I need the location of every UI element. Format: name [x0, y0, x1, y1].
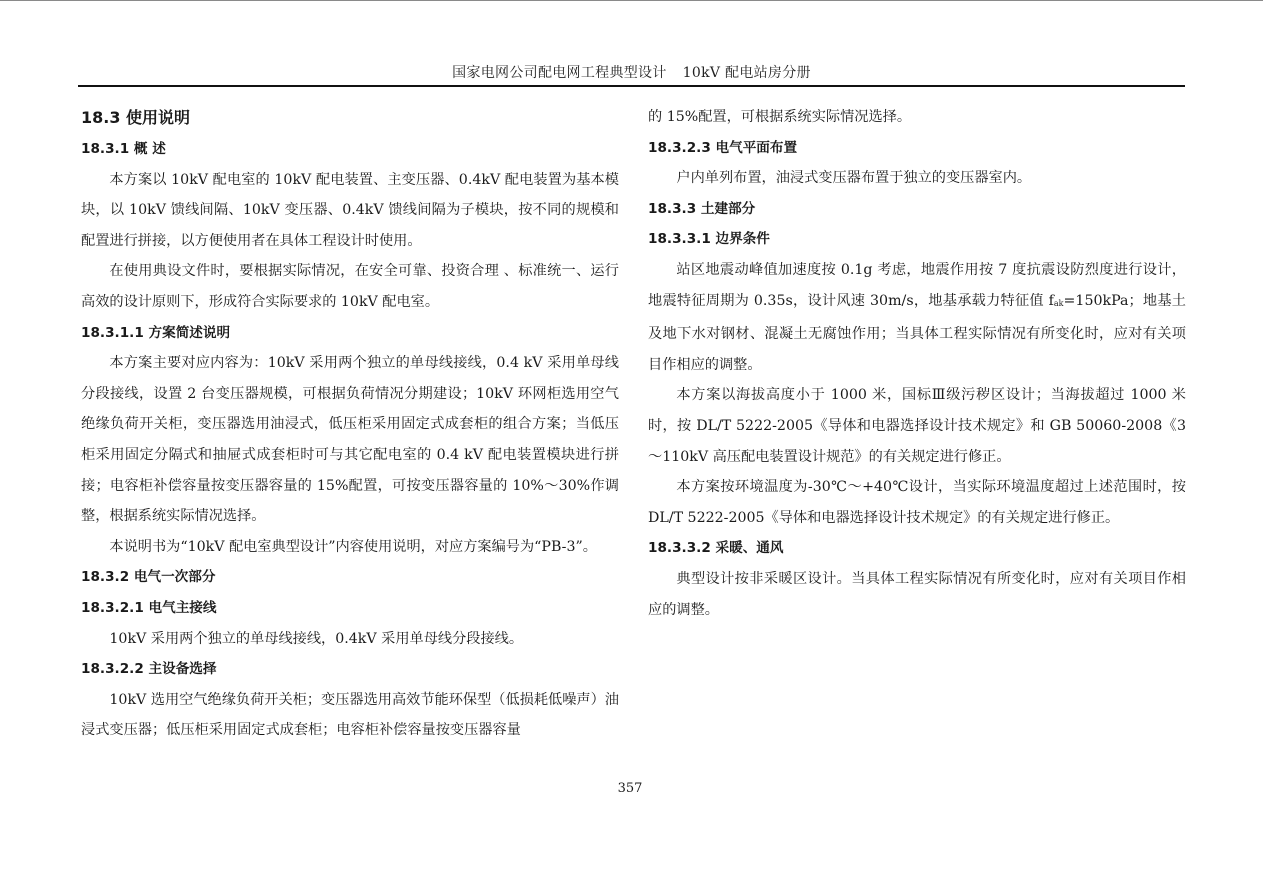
heading-18-3-2-2: 18.3.2.2 主设备选择	[81, 654, 619, 685]
paragraph-overview-2: 在使用典设文件时，要根据实际情况，在安全可靠、投资合理 、标准统一、运行高效的设…	[81, 256, 619, 317]
heading-18-3-2-3: 18.3.2.3 电气平面布置	[648, 133, 1186, 164]
heading-18-3-1: 18.3.1 概 述	[81, 134, 619, 165]
section-title-18-3: 18.3 使用说明	[81, 102, 619, 134]
page-number: 357	[600, 780, 660, 798]
page-top-border	[0, 0, 1263, 1]
heading-18-3-3: 18.3.3 土建部分	[648, 194, 1186, 225]
heading-18-3-1-1: 18.3.1.1 方案简述说明	[81, 318, 619, 349]
paragraph-equipment-selection: 10kV 选用空气绝缘负荷开关柜；变压器选用高效节能环保型（低损耗低噪声）油浸式…	[81, 685, 619, 746]
paragraph-equipment-selection-cont: 的 15%配置，可根据系统实际情况选择。	[648, 102, 1186, 133]
header-title-volume: 10kV 配电站房分册	[683, 65, 811, 81]
paragraph-boundary-conditions-2: 本方案以海拔高度小于 1000 米，国标Ⅲ级污秽区设计；当海拔超过 1000 米…	[648, 380, 1186, 472]
header-rule	[78, 85, 1185, 87]
heading-18-3-3-1: 18.3.3.1 边界条件	[648, 224, 1186, 255]
paragraph-layout: 户内单列布置，油浸式变压器布置于独立的变压器室内。	[648, 163, 1186, 194]
paragraph-main-wiring: 10kV 采用两个独立的单母线接线，0.4kV 采用单母线分段接线。	[81, 624, 619, 655]
heading-18-3-2-1: 18.3.2.1 电气主接线	[81, 593, 619, 624]
heading-18-3-2: 18.3.2 电气一次部分	[81, 562, 619, 593]
left-column: 18.3 使用说明 18.3.1 概 述 本方案以 10kV 配电室的 10kV…	[81, 102, 619, 746]
paragraph-overview-1: 本方案以 10kV 配电室的 10kV 配电装置、主变压器、0.4kV 配电装置…	[81, 165, 619, 257]
subscript-ak: ak	[1054, 299, 1064, 308]
paragraph-boundary-conditions-1: 站区地震动峰值加速度按 0.1g 考虑，地震作用按 7 度抗震设防烈度进行设计，…	[648, 255, 1186, 380]
running-header: 国家电网公司配电网工程典型设计10kV 配电站房分册	[78, 64, 1185, 82]
heading-18-3-3-2: 18.3.3.2 采暖、通风	[648, 533, 1186, 564]
paragraph-scheme-1: 本方案主要对应内容为：10kV 采用两个独立的单母线接线，0.4 kV 采用单母…	[81, 348, 619, 532]
paragraph-heating-ventilation: 典型设计按非采暖区设计。当具体工程实际情况有所变化时，应对有关项目作相应的调整。	[648, 564, 1186, 625]
right-column: 的 15%配置，可根据系统实际情况选择。 18.3.2.3 电气平面布置 户内单…	[648, 102, 1186, 625]
header-title-series: 国家电网公司配电网工程典型设计	[452, 65, 667, 81]
paragraph-scheme-2: 本说明书为“10kV 配电室典型设计”内容使用说明，对应方案编号为“PB-3”。	[81, 532, 619, 563]
paragraph-boundary-conditions-3: 本方案按环境温度为-30℃～+40℃设计，当实际环境温度超过上述范围时，按 DL…	[648, 472, 1186, 533]
